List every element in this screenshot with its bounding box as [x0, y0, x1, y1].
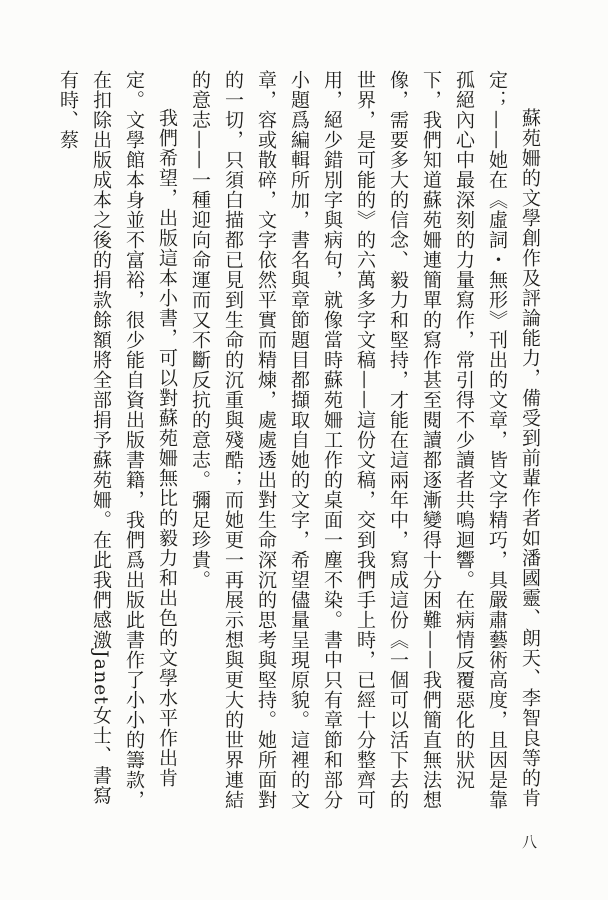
preface-paragraph-2: 我們希望，出版這本小書，可以對蘇苑姍無比的毅力和出色的文學水平作出肯定。文學館本… [51, 70, 183, 812]
page-number: 八 [508, 834, 540, 849]
book-page: 蘇苑姍的文學創作及評論能力，備受到前輩作者如潘國靈、朗天、李智良等的肯定；——她… [0, 0, 608, 900]
preface-paragraph-1: 蘇苑姍的文學創作及評論能力，備受到前輩作者如潘國靈、朗天、李智良等的肯定；——她… [183, 70, 546, 812]
preface-text-block: 蘇苑姍的文學創作及評論能力，備受到前輩作者如潘國靈、朗天、李智良等的肯定；——她… [66, 70, 546, 812]
